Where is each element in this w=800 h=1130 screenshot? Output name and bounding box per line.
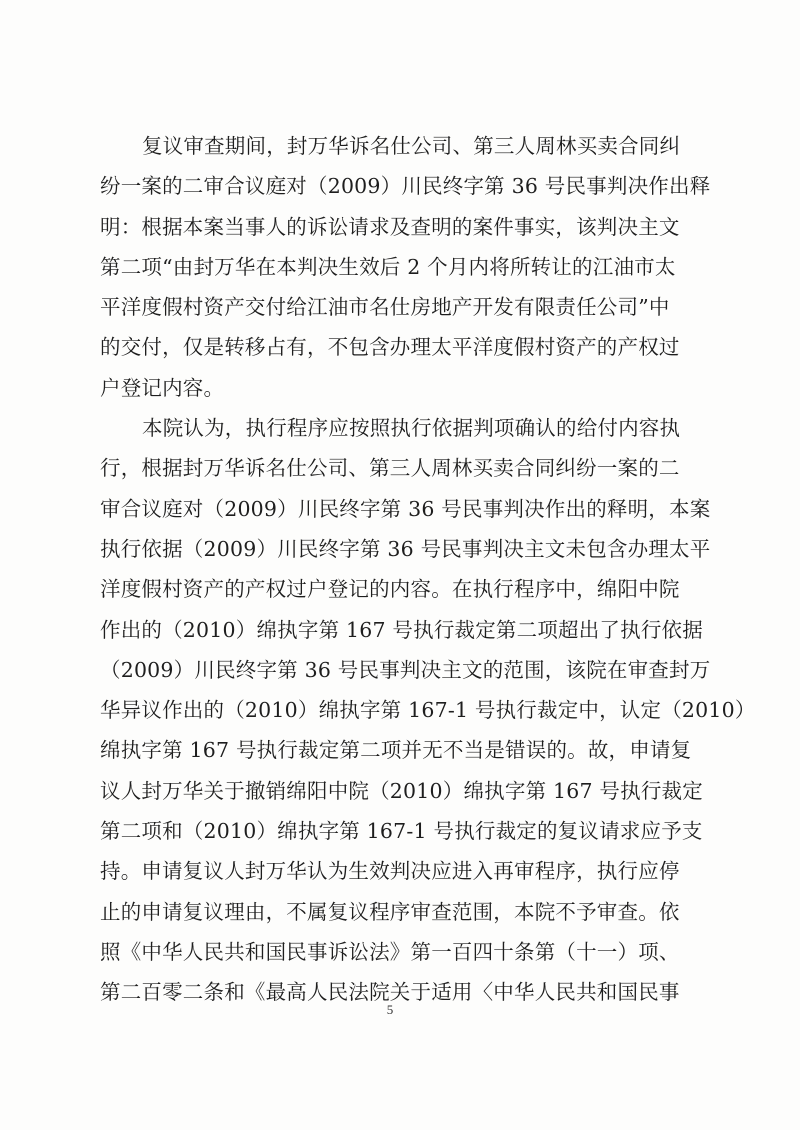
paragraph-review-period: 复议审查期间，封万华诉名仕公司、第三人周林买卖合同纠 纷一案的二审合议庭对（20… [100, 126, 666, 408]
text-line: 明：根据本案当事人的诉讼请求及查明的案件事实，该判决主文 [100, 207, 666, 247]
text-line: 华异议作出的（2010）绵执字第 167-1 号执行裁定中，认定（2010） [100, 690, 666, 730]
text-line: 绵执字第 167 号执行裁定第二项并无不当是错误的。故，申请复 [100, 730, 666, 770]
text-line: 第二项“由封万华在本判决生效后 2 个月内将所转让的江油市太 [100, 247, 666, 287]
text-line: 本院认为，执行程序应按照执行依据判项确认的给付内容执 [100, 408, 666, 448]
text-line: 复议审查期间，封万华诉名仕公司、第三人周林买卖合同纠 [100, 126, 666, 166]
text-line: 第二项和（2010）绵执字第 167-1 号执行裁定的复议请求应予支 [100, 811, 666, 851]
text-line: 平洋度假村资产交付给江油市名仕房地产开发有限责任公司”中 [100, 287, 666, 327]
text-line: 审合议庭对（2009）川民终字第 36 号民事判决作出的释明，本案 [100, 489, 666, 529]
text-line: 持。申请复议人封万华认为生效判决应进入再审程序，执行应停 [100, 851, 666, 891]
text-line: 纷一案的二审合议庭对（2009）川民终字第 36 号民事判决作出释 [100, 166, 666, 206]
text-line: 的交付，仅是转移占有，不包含办理太平洋度假村资产的产权过 [100, 327, 666, 367]
text-line: 执行依据（2009）川民终字第 36 号民事判决主文未包含办理太平 [100, 529, 666, 569]
text-line: 户登记内容。 [100, 368, 666, 408]
page-number: 5 [380, 1002, 400, 1018]
document-body: 复议审查期间，封万华诉名仕公司、第三人周林买卖合同纠 纷一案的二审合议庭对（20… [100, 126, 666, 1013]
text-line: 行，根据封万华诉名仕公司、第三人周林买卖合同纠纷一案的二 [100, 448, 666, 488]
text-line: 照《中华人民共和国民事诉讼法》第一百四十条第（十一）项、 [100, 932, 666, 972]
text-line: 议人封万华关于撤销绵阳中院（2010）绵执字第 167 号执行裁定 [100, 771, 666, 811]
text-line: 洋度假村资产的产权过户登记的内容。在执行程序中，绵阳中院 [100, 569, 666, 609]
text-line: 止的申请复议理由，不属复议程序审查范围，本院不予审查。依 [100, 892, 666, 932]
text-line: 作出的（2010）绵执字第 167 号执行裁定第二项超出了执行依据 [100, 610, 666, 650]
paragraph-court-opinion: 本院认为，执行程序应按照执行依据判项确认的给付内容执 行，根据封万华诉名仕公司、… [100, 408, 666, 1012]
document-page: 复议审查期间，封万华诉名仕公司、第三人周林买卖合同纠 纷一案的二审合议庭对（20… [0, 0, 800, 1130]
text-line: （2009）川民终字第 36 号民事判决主文的范围，该院在审查封万 [100, 650, 666, 690]
